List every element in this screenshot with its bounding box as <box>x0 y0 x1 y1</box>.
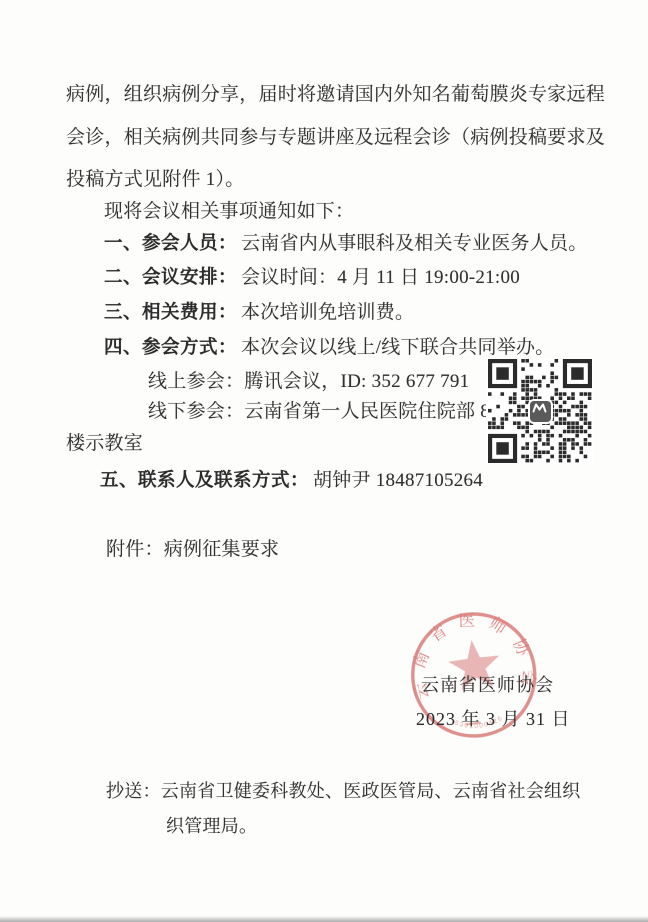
offline-line: 线下参会：云南省第一人民医院住院部 8 <box>148 399 490 425</box>
item-text: 本次会议以线上/线下联合共同举办。 <box>241 337 555 358</box>
signature-org: 云南省医师协会 <box>421 671 554 697</box>
body-line: 投稿方式见附件 1）。 <box>66 167 245 193</box>
item-text: 会议时间：4 月 11 日 19:00-21:00 <box>241 267 520 288</box>
item-label: 二、会议安排： <box>104 266 237 287</box>
scan-edge <box>0 916 648 922</box>
item-label: 三、相关费用： <box>104 301 237 322</box>
offline-line: 楼示教室 <box>66 431 143 457</box>
item-label: 四、参会方式： <box>104 336 237 357</box>
body-line: 病例，组织病例分享，届时将邀请国内外知名葡萄膜炎专家远程 <box>66 82 605 108</box>
item-label: 五、联系人及联系方式： <box>100 469 309 490</box>
list-item: 三、相关费用：本次培训免培训费。 <box>104 299 414 326</box>
intro-line: 现将会议相关事项通知如下： <box>104 199 354 225</box>
item-label: 一、参会人员： <box>104 232 237 253</box>
tencent-meeting-logo-icon <box>530 401 551 422</box>
item-text: 云南省内从事眼科及相关专业医务人员。 <box>241 233 588 254</box>
cc-line: 织管理局。 <box>166 813 257 839</box>
document-page: 病例，组织病例分享，届时将邀请国内外知名葡萄膜炎专家远程 会诊，相关病例共同参与… <box>0 0 648 922</box>
signature-date: 2023 年 3 月 31 日 <box>416 705 571 731</box>
item-text: 本次培训免培训费。 <box>241 302 414 323</box>
list-item: 五、联系人及联系方式：胡钟尹 18487105264 <box>100 467 483 494</box>
online-line: 线上参会：腾讯会议，ID: 352 677 791 <box>148 369 469 395</box>
list-item: 一、参会人员：云南省内从事眼科及相关专业医务人员。 <box>104 230 588 257</box>
body-line: 会诊，相关病例共同参与专题讲座及远程会诊（病例投稿要求及 <box>66 125 605 151</box>
cc-line: 抄送：云南省卫健委科教处、医政医管局、云南省社会组织 <box>106 778 581 804</box>
qr-code <box>486 358 594 464</box>
list-item: 二、会议安排：会议时间：4 月 11 日 19:00-21:00 <box>104 264 520 291</box>
list-item: 四、参会方式：本次会议以线上/线下联合共同举办。 <box>104 334 555 361</box>
attachment-line: 附件：病例征集要求 <box>106 537 279 563</box>
item-text: 胡钟尹 18487105264 <box>313 470 483 491</box>
